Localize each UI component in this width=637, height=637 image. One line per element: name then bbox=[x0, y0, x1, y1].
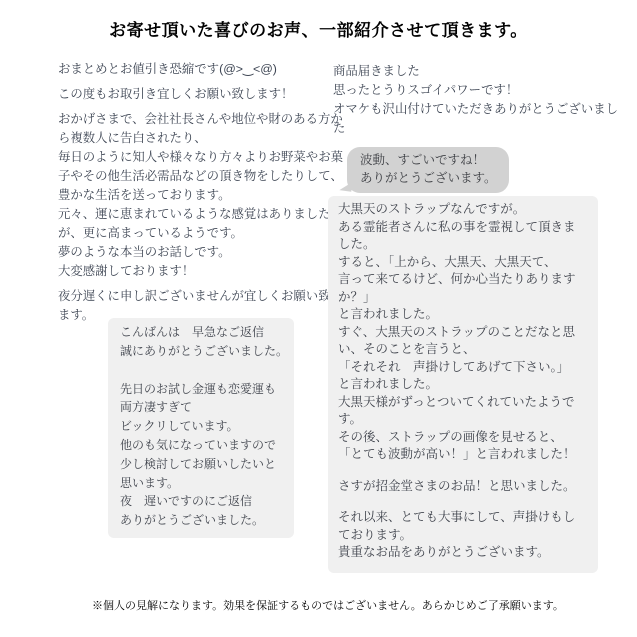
chat-bubble-hadou-text: 波動、すごいですね！ありがとうございます。 bbox=[360, 152, 497, 187]
chat-bubble-tail bbox=[339, 180, 352, 192]
testimonial-bubble-left: こんばんは 早急なご返信誠にありがとうございました。先日のお試し金運も恋愛運も両… bbox=[108, 318, 294, 538]
testimonial-page: お寄せ頂いた喜びのお声、一部紹介させて頂きます。 おまとめとお値引き恐縮です(@… bbox=[0, 0, 637, 637]
testimonial-left-text: おまとめとお値引き恐縮です(@>‿<@)この度もお取引き宜しくお願い致します！お… bbox=[58, 60, 350, 325]
disclaimer-text: ※個人の見解になります。効果を保証するものではございません。あらかじめご了承願い… bbox=[92, 597, 564, 613]
testimonial-right-text: 商品届きました思ったとうりスゴイパワーです！オマケも沢山付けていただきありがとう… bbox=[333, 62, 629, 138]
testimonial-bubble-large: 大黒天のストラップなんですが。ある霊能者さんに私の事を霊視して頂きました。すると… bbox=[328, 196, 598, 573]
page-title: お寄せ頂いた喜びのお声、一部紹介させて頂きます。 bbox=[0, 16, 637, 41]
chat-bubble-hadou: 波動、すごいですね！ありがとうございます。 bbox=[347, 147, 509, 193]
